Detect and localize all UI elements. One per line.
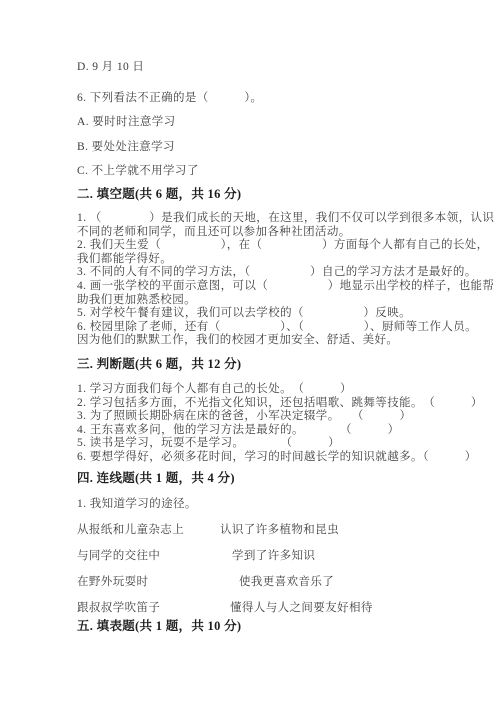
fill-line: 2. 我们天生爱（ ），在（ ）方面每个人都有自己的长处，	[77, 239, 426, 253]
matching-left-item: 在野外玩耍时	[77, 575, 220, 589]
matching-right-item: 认识了许多植物和昆虫	[220, 523, 339, 537]
choice-question-6: 6. 下列看法不正确的是（ ）。	[77, 91, 426, 105]
matching-pairs: 从报纸和儿童杂志上 认识了许多植物和昆虫 与同学的交往中 学到了许多知识 在野外…	[77, 523, 426, 615]
matching-left-item: 与同学的交往中	[77, 549, 220, 563]
fill-line: 助我们更加熟悉校园。	[77, 294, 426, 308]
matching-row: 在野外玩耍时 使我更喜欢音乐了	[77, 575, 426, 589]
judge-item: 4. 王东喜欢多问，他的学习方法是最好的。 （ ）	[77, 424, 426, 438]
choice-option-a: A. 要时时注意学习	[77, 115, 426, 129]
section-heading-matching: 四. 连线题(共 1 题，共 4 分)	[77, 471, 426, 486]
matching-left-item: 从报纸和儿童杂志上	[77, 523, 220, 537]
fill-line: 我们都能学得好。	[77, 253, 426, 267]
fill-line: 不同的老师和同学，而且还可以参加各种社团活动。	[77, 226, 426, 240]
judge-item: 5. 读书是学习，玩耍不是学习。 （ ）	[77, 437, 426, 451]
matching-right-item: 懂得人与人之间要友好相待	[220, 601, 373, 615]
fill-line: 1. （ ）是我们成长的天地，在这里，我们不仅可以学到很多本领，认识	[77, 212, 426, 226]
matching-row: 与同学的交往中 学到了许多知识	[77, 549, 426, 563]
matching-left-item: 跟叔叔学吹笛子	[77, 601, 220, 615]
true-false-questions: 1. 学习方面我们每个人都有自己的长处。 （ ） 2. 学习包括多方面，不光指文…	[77, 383, 426, 465]
matching-right-item: 学到了许多知识	[220, 549, 315, 563]
judge-item: 1. 学习方面我们每个人都有自己的长处。 （ ）	[77, 383, 426, 397]
fill-line: 3. 不同的人有不同的学习方法，（ ）自己的学习方法才是最好的。	[77, 266, 426, 280]
fill-line: 6. 校园里除了老师，还有（ ）、（ ）、厨师等工作人员。	[77, 321, 426, 335]
choice-option-b: B. 要处处注意学习	[77, 140, 426, 154]
judge-item: 2. 学习包括多方面，不光指文化知识，还包括唱歌、跳舞等技能。 （ ）	[77, 397, 426, 411]
choice-option-c: C. 不上学就不用学习了	[77, 164, 426, 178]
fill-line: 因为他们的默默工作，我们的校园才更加安全、舒适、美好。	[77, 334, 426, 348]
judge-item: 6. 要想学得好，必须多花时间，学习的时间越长学的知识就越多。（ ）	[77, 451, 426, 465]
matching-row: 从报纸和儿童杂志上 认识了许多植物和昆虫	[77, 523, 426, 537]
fill-line: 4. 画一张学校的平面示意图，可以（ ）地显示出学校的样子，也能帮	[77, 280, 426, 294]
fill-in-questions: 1. （ ）是我们成长的天地，在这里，我们不仅可以学到很多本领，认识 不同的老师…	[77, 212, 426, 348]
exam-paper-page: D. 9 月 10 日 6. 下列看法不正确的是（ ）。 A. 要时时注意学习 …	[0, 0, 500, 707]
section-heading-true-false: 三. 判断题(共 6 题，共 12 分)	[77, 357, 426, 372]
judge-item: 3. 为了照顾长期卧病在床的爸爸，小军决定辍学。 （ ）	[77, 410, 426, 424]
fill-line: 5. 对学校午餐有建议，我们可以去学校的（ ）反映。	[77, 307, 426, 321]
section-heading-fill-in: 二. 填空题(共 6 题，共 16 分)	[77, 187, 426, 202]
matching-right-item: 使我更喜欢音乐了	[220, 575, 334, 589]
matching-intro: 1. 我知道学习的途径。	[77, 497, 426, 511]
choice-option-d: D. 9 月 10 日	[77, 60, 426, 74]
matching-row: 跟叔叔学吹笛子 懂得人与人之间要友好相待	[77, 601, 426, 615]
section-heading-fill-table: 五. 填表题(共 1 题，共 10 分)	[77, 619, 426, 634]
